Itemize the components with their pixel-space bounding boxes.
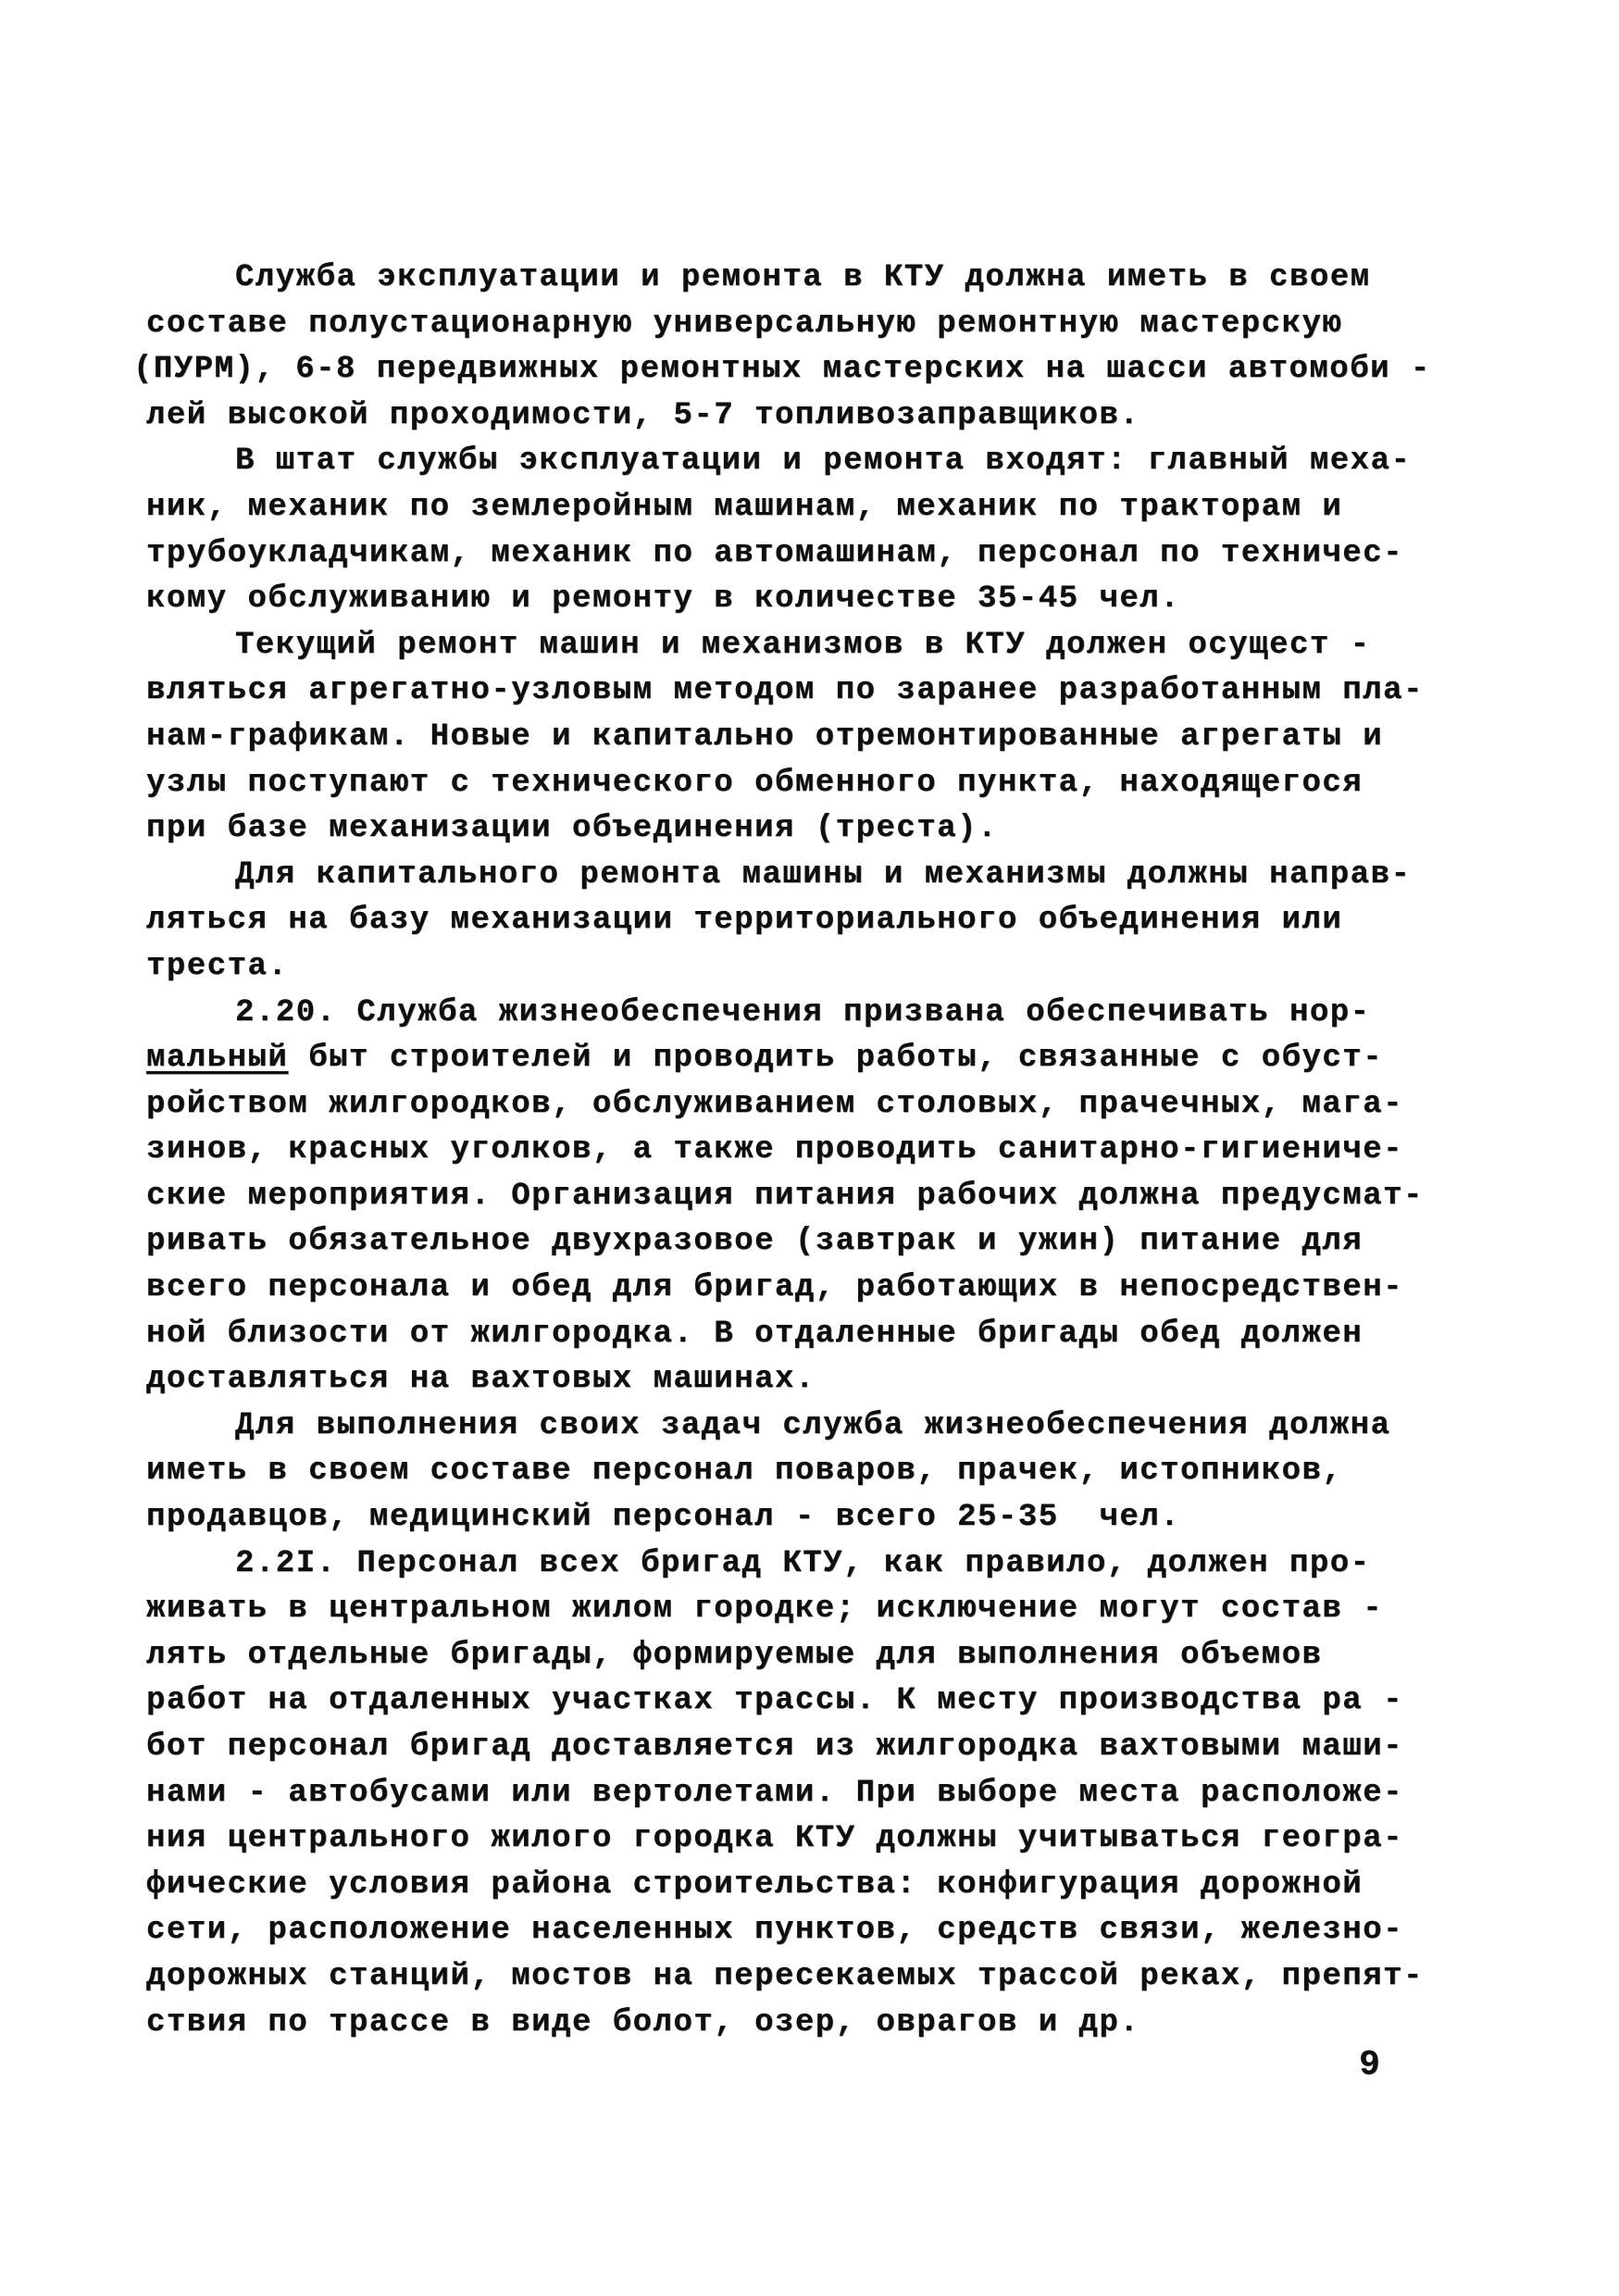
text-block: Служба эксплуатации и ремонта в КТУ долж…	[146, 256, 1442, 2046]
text-line: продавцов, медицинский персонал - всего …	[146, 1495, 1442, 1541]
text-line: всего персонала и обед для бригад, работ…	[146, 1266, 1442, 1312]
text-line: зинов, красных уголков, а также проводит…	[146, 1128, 1442, 1174]
text-line: трубоукладчикам, механик по автомашинам,…	[146, 531, 1442, 578]
text-line: живать в центральном жилом городке; искл…	[146, 1587, 1442, 1633]
text-line: нам-графикам. Новые и капитально отремон…	[146, 715, 1442, 761]
text-line: иметь в своем составе персонал поваров, …	[146, 1449, 1442, 1495]
text-line: узлы поступают с технического обменного …	[146, 761, 1442, 807]
text-line: 2.2I. Персонал всех бригад КТУ, как прав…	[146, 1541, 1442, 1588]
text-line: при базе механизации объединения (треста…	[146, 806, 1442, 853]
text-line: ния центрального жилого городка КТУ долж…	[146, 1816, 1442, 1863]
text-line: работ на отдаленных участках трассы. К м…	[146, 1678, 1442, 1725]
text-line: ствия по трассе в виде болот, озер, овра…	[146, 2001, 1442, 2047]
text-line: вляться агрегатно-узловым методом по зар…	[146, 668, 1442, 715]
text-line: Для капитального ремонта машины и механи…	[146, 853, 1442, 899]
page-number: 9	[1359, 2044, 1380, 2087]
text-line: кому обслуживанию и ремонту в количестве…	[146, 577, 1442, 623]
text-line: (ПУРМ), 6-8 передвижных ремонтных мастер…	[133, 347, 1442, 393]
text-line: доставляться на вахтовых машинах.	[146, 1357, 1442, 1404]
text-line: Текущий ремонт машин и механизмов в КТУ …	[146, 623, 1442, 669]
underlined-word: мальный	[146, 1041, 288, 1076]
text-line: треста.	[146, 944, 1442, 991]
text-line: Для выполнения своих задач служба жизнео…	[146, 1404, 1442, 1450]
text-line: Служба эксплуатации и ремонта в КТУ долж…	[146, 256, 1442, 302]
text-line: ник, механик по землеройным машинам, мех…	[146, 485, 1442, 531]
text-line: фические условия района строительства: к…	[146, 1863, 1442, 1909]
text-line: 2.20. Служба жизнеобеспечения призвана о…	[146, 991, 1442, 1037]
text-line: лей высокой проходимости, 5-7 топливозап…	[146, 393, 1442, 440]
text-line: ройством жилгородков, обслуживанием стол…	[146, 1082, 1442, 1129]
document-page: Служба эксплуатации и ремонта в КТУ долж…	[0, 0, 1619, 2296]
text-line: составе полустационарную универсальную р…	[146, 302, 1442, 348]
text-line: дорожных станций, мостов на пересекаемых…	[146, 1954, 1442, 2001]
text-line: мальный быт строителей и проводить работ…	[146, 1036, 1442, 1082]
text-line: лять отдельные бригады, формируемые для …	[146, 1633, 1442, 1679]
text-line: ривать обязательное двухразовое (завтрак…	[146, 1219, 1442, 1266]
text-line: В штат службы эксплуатации и ремонта вхо…	[146, 439, 1442, 485]
text-line: бот персонал бригад доставляется из жилг…	[146, 1725, 1442, 1771]
text-line: ной близости от жилгородка. В отдаленные…	[146, 1312, 1442, 1358]
text-line: ские мероприятия. Организация питания ра…	[146, 1174, 1442, 1220]
text-line: нами - автобусами или вертолетами. При в…	[146, 1771, 1442, 1817]
text-line: ляться на базу механизации территориальн…	[146, 898, 1442, 944]
text-line: сети, расположение населенных пунктов, с…	[146, 1908, 1442, 1954]
